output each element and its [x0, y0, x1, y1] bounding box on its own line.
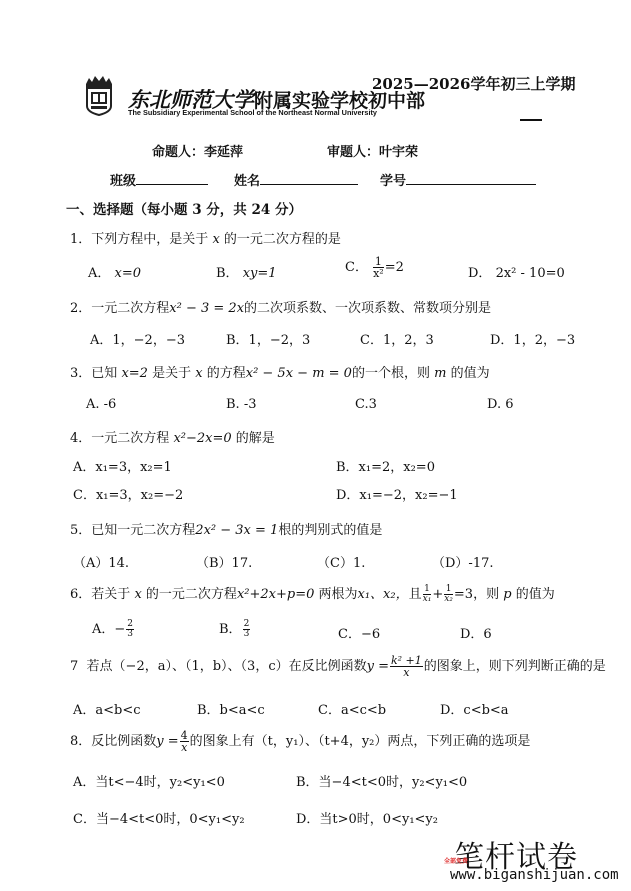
math-equation: x² − 5x − m = 0 [246, 366, 352, 381]
q8-option-c[interactable]: C．当−4<t<0时，0<y₁<y₂ [73, 808, 245, 827]
math-var: x [195, 366, 202, 381]
q2-option-a[interactable]: A．1，−2，−3 [90, 329, 185, 348]
math-var: x [134, 587, 141, 602]
exam-term: 2025—2026学年初三上学期 [372, 73, 576, 94]
question-4: 4．一元二次方程 x²−2x=0 的解是 [70, 427, 275, 446]
fraction: 1x₂ [444, 585, 453, 604]
question-number: 3． [70, 366, 91, 381]
question-text: 的方程 [207, 366, 246, 381]
q5-option-b[interactable]: （B）17. [196, 552, 252, 571]
question-text: 若关于 [91, 587, 130, 602]
divider [520, 119, 542, 121]
question-1: 1．下列方程中，是关于 x 的一元二次方程的是 [70, 228, 341, 247]
q2-option-b[interactable]: B．1，−2，3 [226, 329, 310, 348]
question-2: 2．一元二次方程x² − 3 = 2x的二次项系数、一次项系数、常数项分别是 [70, 297, 491, 316]
question-text: 下列方程中，是关于 [91, 232, 208, 247]
fraction: 23 [243, 620, 251, 639]
question-text: 一元二次方程 [91, 301, 169, 316]
math-var: y = [367, 659, 389, 674]
q5-option-a[interactable]: （A）14. [73, 552, 129, 571]
q8-option-b[interactable]: B．当−4<t<0时，y₂<y₁<0 [296, 771, 467, 790]
question-text: 的一个根，则 [352, 366, 430, 381]
option-label: A．− [92, 622, 125, 637]
q4-option-b[interactable]: B．x₁=2，x₂=0 [336, 456, 435, 475]
question-3: 3．已知 x=2 是关于 x 的方程x² − 5x − m = 0的一个根，则 … [70, 362, 490, 381]
question-text: 的一元二次方程 [146, 587, 237, 602]
denominator: x² [373, 268, 384, 279]
q1-option-c[interactable]: C． 1x²=2 [345, 256, 404, 279]
question-text: 反比例函数 [91, 734, 156, 749]
q4-option-a[interactable]: A．x₁=3，x₂=1 [73, 456, 172, 475]
option-label: B． [219, 622, 242, 637]
denominator: x [390, 667, 423, 678]
option-text: =2 [385, 260, 404, 275]
question-text: 若点（−2，a）、（1，b）、（3，c）在反比例函数 [87, 659, 367, 674]
setter-name: 李延萍 [204, 145, 243, 160]
q6-option-a[interactable]: A．−23 [92, 618, 135, 639]
name-field: 姓名 [234, 170, 358, 189]
operator: + [432, 587, 443, 602]
question-text: 一元二次方程 [91, 431, 169, 446]
math-equation: x²+2x+p=0 [237, 587, 314, 602]
denominator: x₁ [423, 595, 432, 604]
fraction: 1x² [373, 256, 384, 279]
option-label: B． [216, 266, 239, 281]
q3-option-d[interactable]: D. 6 [487, 397, 514, 412]
question-number: 1． [70, 232, 91, 247]
q4-option-d[interactable]: D．x₁=−2，x₂=−1 [336, 484, 458, 503]
math-var: p [503, 587, 511, 602]
option-text: xy=1 [243, 266, 277, 281]
denominator: 3 [126, 630, 134, 639]
setter: 命题人：李延萍 [152, 141, 243, 160]
q3-option-a[interactable]: A. -6 [86, 397, 116, 412]
question-text: 的解是 [236, 431, 275, 446]
question-text: =3，则 [454, 587, 499, 602]
math-var: x [212, 232, 219, 247]
question-number: 8． [70, 734, 91, 749]
option-label: D． [468, 266, 491, 281]
question-text: 的二次项系数、一次项系数、常数项分别是 [244, 301, 491, 316]
class-label: 班级 [110, 174, 136, 189]
option-label: A． [88, 266, 110, 281]
fraction: 1x₁ [423, 585, 432, 604]
watermark-url[interactable]: www.biganshijuan.com [450, 867, 619, 883]
q6-option-c[interactable]: C．−6 [338, 623, 380, 642]
option-text: 2x² - 10=0 [496, 266, 565, 281]
q3-option-c[interactable]: C.3 [355, 397, 377, 412]
question-text: 已知一元二次方程 [91, 523, 195, 538]
q7-option-a[interactable]: A．a<b<c [73, 699, 141, 718]
class-blank[interactable] [136, 172, 208, 185]
q6-option-b[interactable]: B．23 [219, 618, 251, 639]
math-equation: 2x² − 3x = 1 [195, 523, 278, 538]
question-7: 7 若点（−2，a）、（1，b）、（3，c）在反比例函数y =k² +1x的图象… [70, 655, 606, 678]
id-label: 学号 [380, 174, 406, 189]
question-number: 6． [70, 587, 91, 602]
question-text: 的图象上，则下列判断正确的是 [424, 659, 606, 674]
q6-option-d[interactable]: D．6 [460, 623, 492, 642]
q8-option-d[interactable]: D．当t>0时，0<y₁<y₂ [296, 808, 438, 827]
q1-option-d[interactable]: D． 2x² - 10=0 [468, 262, 565, 281]
q7-option-c[interactable]: C．a<c<b [318, 699, 386, 718]
q1-option-a[interactable]: A． x=0 [88, 262, 141, 281]
question-text: 是关于 [152, 366, 191, 381]
fraction: k² +1x [390, 655, 423, 678]
reviewer-name: 叶宇荣 [379, 145, 418, 160]
id-blank[interactable] [406, 172, 536, 185]
fraction: 4x [180, 730, 189, 753]
section-title: 一、选择题（每小题 3 分，共 24 分） [66, 198, 302, 218]
math-condition: x=2 [121, 366, 148, 381]
q4-option-c[interactable]: C．x₁=3，x₂=−2 [73, 484, 183, 503]
question-number: 2． [70, 301, 91, 316]
math-var: m [434, 366, 446, 381]
q5-option-d[interactable]: （D）-17. [432, 552, 494, 571]
question-number: 7 [70, 659, 78, 674]
school-name-en: The Subsidiary Experimental School of th… [128, 108, 377, 117]
q8-option-a[interactable]: A．当t<−4时，y₂<y₁<0 [73, 771, 225, 790]
fraction: 23 [126, 620, 134, 639]
reviewer: 审题人：叶宇荣 [327, 141, 418, 160]
question-8: 8．反比例函数y =4x的图象上有（t，y₁）、（t+4，y₂）两点，下列正确的… [70, 730, 530, 753]
q2-option-d[interactable]: D．1，2，−3 [490, 329, 575, 348]
denominator: 3 [243, 630, 251, 639]
question-text: 的值为 [516, 587, 555, 602]
q7-option-d[interactable]: D．c<b<a [440, 699, 509, 718]
question-text: 的一元二次方程的是 [224, 232, 341, 247]
q2-option-c[interactable]: C．1，2，3 [360, 329, 434, 348]
question-text: 两根为 [319, 587, 358, 602]
class-field: 班级 [110, 170, 208, 189]
option-label: C． [345, 260, 368, 275]
math-roots: x₁、x₂， [358, 587, 409, 602]
q3-option-b[interactable]: B. -3 [226, 397, 256, 412]
school-crest-icon [82, 74, 116, 116]
question-text: 的图象上有（t，y₁）、（t+4，y₂）两点，下列正确的选项是 [190, 734, 531, 749]
math-equation: x² − 3 = 2x [169, 301, 244, 316]
setter-label: 命题人： [152, 145, 204, 160]
question-text: 根的判别式的值是 [278, 523, 382, 538]
option-text: x=0 [115, 266, 142, 281]
question-text: 的值为 [451, 366, 490, 381]
q7-option-b[interactable]: B．b<a<c [197, 699, 265, 718]
name-blank[interactable] [260, 172, 358, 185]
q5-option-c[interactable]: （C）1. [317, 552, 365, 571]
question-number: 5． [70, 523, 91, 538]
q1-option-b[interactable]: B． xy=1 [216, 262, 277, 281]
watermark-tag: 全部免费 [444, 856, 468, 865]
question-5: 5．已知一元二次方程2x² − 3x = 1根的判别式的值是 [70, 519, 382, 538]
math-equation: x²−2x=0 [173, 431, 231, 446]
denominator: x₂ [444, 595, 453, 604]
question-text: 已知 [91, 366, 117, 381]
id-field: 学号 [380, 170, 536, 189]
math-var: y = [156, 734, 178, 749]
denominator: x [180, 742, 189, 753]
question-number: 4． [70, 431, 91, 446]
question-text: 且 [409, 587, 422, 602]
question-6: 6．若关于 x 的一元二次方程x²+2x+p=0 两根为x₁、x₂，且1x₁+1… [70, 583, 555, 604]
name-label: 姓名 [234, 174, 260, 189]
reviewer-label: 审题人： [327, 145, 379, 160]
